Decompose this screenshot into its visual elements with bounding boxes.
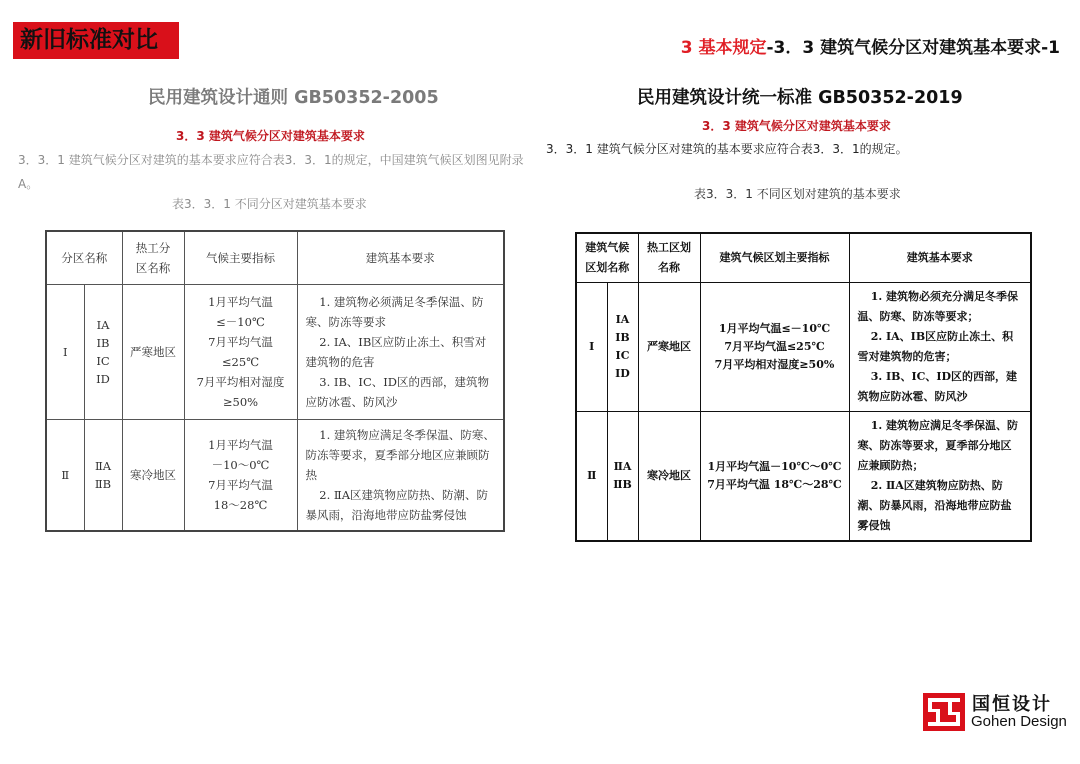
thermal-cell: 严寒地区	[122, 284, 184, 419]
header-climate: 建筑气候区划主要指标	[700, 233, 849, 282]
header-requirements: 建筑基本要求	[849, 233, 1031, 282]
header-zone: 建筑气候区划名称	[576, 233, 638, 282]
old-paragraph: 3．3．1 建筑气候分区对建筑的基本要求应符合表3．3．1的规定，中国建筑气候区…	[18, 148, 533, 196]
table-header-row: 建筑气候区划名称 热工区划名称 建筑气候区划主要指标 建筑基本要求	[576, 233, 1031, 282]
gohen-logo-icon	[923, 693, 965, 731]
subzone-cell: ⅠAⅠBⅠCⅠD	[607, 282, 638, 411]
thermal-cell: 寒冷地区	[638, 411, 700, 541]
new-table-caption: 表3．3．1 不同区划对建筑的基本要求	[694, 185, 901, 202]
zone-cell: Ⅰ	[576, 282, 607, 411]
subzone-cell: ⅡAⅡB	[607, 411, 638, 541]
old-standard-title: 民用建筑设计通则 GB50352-2005	[148, 84, 439, 109]
requirements-cell: 1. 建筑物应满足冬季保温、防寒、防冻等要求，夏季部分地区应兼顾防热；2. ⅡA…	[849, 411, 1031, 541]
section-suffix: -3．3 建筑气候分区对建筑基本要求-1	[766, 38, 1060, 58]
subzone-cell: ⅠAⅠBⅠCⅠD	[84, 284, 122, 419]
zone-cell: Ⅱ	[46, 419, 84, 531]
requirements-cell: 1. 建筑物必须充分满足冬季保温、防寒、防冻等要求；2. ⅠA、ⅠB区应防止冻土…	[849, 282, 1031, 411]
header-thermal: 热工区划名称	[638, 233, 700, 282]
header-requirements: 建筑基本要求	[297, 231, 504, 284]
subzone-cell: ⅡAⅡB	[84, 419, 122, 531]
table-header-row: 分区名称 热工分区名称 气候主要指标 建筑基本要求	[46, 231, 504, 284]
new-standard-table: 建筑气候区划名称 热工区划名称 建筑气候区划主要指标 建筑基本要求 Ⅰ ⅠAⅠB…	[575, 232, 1032, 542]
new-subhead: 3．3 建筑气候分区对建筑基本要求	[702, 117, 891, 134]
zone-cell: Ⅰ	[46, 284, 84, 419]
section-title: 3 基本规定-3．3 建筑气候分区对建筑基本要求-1	[681, 33, 1060, 58]
logo-name-en: Gohen Design	[971, 713, 1067, 730]
climate-cell: 1月平均气温－10℃～0℃7月平均气温 18℃～28℃	[700, 411, 849, 541]
requirements-cell: 1. 建筑物必须满足冬季保温、防寒、防冻等要求2. ⅠA、ⅠB区应防止冻土、积雪…	[297, 284, 504, 419]
header-zone: 分区名称	[46, 231, 122, 284]
header-thermal: 热工分区名称	[122, 231, 184, 284]
zone-cell: Ⅱ	[576, 411, 607, 541]
table-row: Ⅰ ⅠAⅠBⅠCⅠD 严寒地区 1月平均气温≤－10℃7月平均气温≤25℃7月平…	[576, 282, 1031, 411]
requirements-cell: 1. 建筑物应满足冬季保温、防寒、防冻等要求，夏季部分地区应兼顾防热2. ⅡA区…	[297, 419, 504, 531]
old-table-caption: 表3．3．1 不同分区对建筑基本要求	[172, 195, 367, 212]
table-row: Ⅰ ⅠAⅠBⅠCⅠD 严寒地区 1月平均气温≤－10℃7月平均气温≤25℃7月平…	[46, 284, 504, 419]
old-subhead: 3．3 建筑气候分区对建筑基本要求	[176, 127, 365, 144]
table-row: Ⅱ ⅡAⅡB 寒冷地区 1月平均气温－10℃～0℃7月平均气温 18℃～28℃ …	[576, 411, 1031, 541]
thermal-cell: 严寒地区	[638, 282, 700, 411]
section-prefix: 3 基本规定	[681, 38, 767, 58]
climate-cell: 1月平均气温≤－10℃7月平均气温≤25℃7月平均相对湿度≥50%	[700, 282, 849, 411]
new-standard-title: 民用建筑设计统一标准 GB50352-2019	[637, 84, 963, 109]
new-paragraph: 3．3．1 建筑气候分区对建筑的基本要求应符合表3．3．1的规定。	[546, 137, 1066, 161]
thermal-cell: 寒冷地区	[122, 419, 184, 531]
climate-cell: 1月平均气温≤－10℃7月平均气温≤25℃7月平均相对湿度≥50%	[184, 284, 297, 419]
climate-cell: 1月平均气温－10～0℃7月平均气温18～28℃	[184, 419, 297, 531]
table-row: Ⅱ ⅡAⅡB 寒冷地区 1月平均气温－10～0℃7月平均气温18～28℃ 1. …	[46, 419, 504, 531]
old-standard-table: 分区名称 热工分区名称 气候主要指标 建筑基本要求 Ⅰ ⅠAⅠBⅠCⅠD 严寒地…	[45, 230, 505, 532]
page-tag: 新旧标准对比	[13, 22, 179, 59]
header-climate: 气候主要指标	[184, 231, 297, 284]
